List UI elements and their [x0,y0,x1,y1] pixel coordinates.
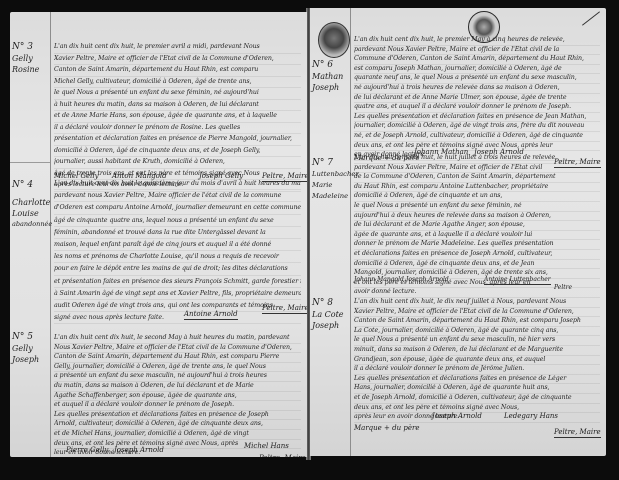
text-line: L'an dix huit cent dix huit, le dix neuf… [354,298,600,308]
text-line: à Saint Amarin âgé de vingt sept ans et … [54,288,301,300]
text-line: le quel Nous a présenté un enfant du sex… [354,336,600,346]
given-name: Rosine [12,64,50,75]
text-line: quatre ans, et auquel il a déclaré voulo… [354,103,600,113]
signature: Joseph Arnold [406,276,449,283]
text-line: domicilié à Oderen, âgé de cinquante deu… [54,146,301,158]
text-line: et de Michel Hans, journalier, domicilié… [54,430,301,440]
mayor-signature: Peltre, Maire [259,454,306,457]
text-line: Canton de Saint Amarin, département du H… [54,353,301,363]
entry-text: L'an dix huit cent dix huit, le dix neuf… [354,298,600,423]
text-line: domicilié à Oderen, âgé de cinquante et … [354,192,600,202]
text-line: est comparu Joseph Mathan, journalier, d… [354,65,600,75]
text-line: de lui déclarant et de Marie Agathe Ange… [354,221,600,231]
corner-mark [582,11,600,25]
text-line: Gelly, journalier, domicilié à Oderen, â… [54,363,301,373]
text-line: journalier, aussi habitant de Kruth, dom… [54,157,301,169]
signatures: Johann Mangold Joseph Arnold Antoine Lut… [354,276,598,290]
entry-number: N° 3 [12,42,50,53]
text-line: Xavier Peltre, Maire et officier de l'Et… [54,54,301,66]
text-line: et auquel il a déclaré vouloir donner le… [54,401,301,411]
text-line: Les quelles présentation et déclarations… [54,411,301,421]
text-line: Nous Xavier Peltre, Maire et officier de… [54,344,301,354]
text-line: Les quelles présentation et déclaration … [354,113,600,123]
entry-text: L'an dix huit cent dix huit le quinzième… [54,178,301,324]
right-page: N° 6 Mathan Joseph L'an dix huit cent di… [310,8,606,456]
text-line: d'Oderen est comparu Antoine Arnold, jou… [54,202,301,214]
given-name: Charlotte [12,197,50,208]
text-line: donner le prénom de Marie Madeleine. Les… [354,240,600,250]
signature: Ledegary Hans [504,412,558,420]
signature: Johann Mangold [354,276,404,283]
left-page: N° 3 Gelly Rosine L'an dix huit cent dix… [10,12,307,457]
signature: Antoine Luttenbacher [484,276,551,285]
text-line: le quel Nous a présenté un enfant du sex… [54,88,301,100]
mayor-signature: Peltre [554,284,572,291]
text-line: aujourd'hui à deux heures de relevée dan… [354,212,600,222]
text-line: les noms et prénoms de Charlotte Louise,… [54,251,301,263]
text-line: et présentation faites en présence des s… [54,276,301,288]
text-line: Les quelles présentation et déclarations… [354,375,600,385]
surname: Gelly [12,343,50,354]
entry-number: N° 4 [12,180,50,191]
text-line: et de Joseph Arnold, domicilié à Oderen,… [354,394,600,404]
text-line: domicilié à Oderen, âgé de cinquante deu… [354,260,600,270]
text-line: du Haut Rhin, est comparu Antoine Lutten… [354,183,600,193]
text-line: âgée de quarante ans, et à laquelle il a… [354,231,600,241]
text-line: L'an dix huit cent dix huit, le premier … [54,42,301,54]
margin-rule [50,12,51,457]
signatures: Marque + du père Joseph Arnold Ledegary … [354,412,598,436]
given-name-2: Madeleine [312,191,350,202]
entry-number: N° 8 [312,298,350,309]
signature: Michel Hans [244,442,289,450]
text-line: pardevant Nous Xavier Peltre, Maire et o… [354,164,600,174]
surname: Luttenbacher [312,169,350,180]
surname: Gelly [12,53,50,64]
surname: Mathan [312,71,350,82]
text-line: Canton de Saint Amarin, département du H… [54,65,301,77]
entry-number: N° 6 [312,60,350,71]
text-line: et déclarations faites en présence de Jo… [354,250,600,260]
entry-number: N° 5 [12,332,50,343]
text-line: Arnold, cultivateur, domicilié à Oderen,… [54,420,301,430]
text-line: de la Commune d'Oderen, Canton de Saint … [354,173,600,183]
given-name: Joseph [312,82,350,93]
text-line: à huit heures du matin, dans sa maison à… [54,100,301,112]
text-line: quarante neuf ans, le quel Nous a présen… [354,74,600,84]
document-scan: N° 3 Gelly Rosine L'an dix huit cent dix… [0,0,619,480]
text-line: pardevant Nous Xavier Peltre, Maire et o… [354,46,600,56]
margin-annotation: N° 7 Luttenbacher Marie Madeleine [312,158,350,202]
text-line: pardevant nous Xavier Peltre, Maire offi… [54,190,301,202]
text-line: il a déclaré vouloir donner le prénom de… [354,365,600,375]
status-note: abandonnée [12,219,50,230]
margin-annotation: N° 5 Gelly Joseph [12,332,50,365]
text-line: L'an dix huit cent dix huit, le huit jui… [354,154,600,164]
text-line: maison, lequel enfant paraît âgé de cinq… [54,239,301,251]
text-line: né aujourd'hui à trois heures de relevée… [354,84,600,94]
text-line: Canton de Saint Amarin, département du H… [354,317,600,327]
text-line: il a déclaré vouloir donner le prénom de… [54,123,301,135]
text-line: de lui déclarant et de Anne Marie Ulmer,… [354,94,600,104]
text-line: présentation et déclaration faites en pr… [54,134,301,146]
margin-annotation: N° 4 Charlotte Louise abandonnée [12,180,50,230]
text-line: a présenté un enfant du sexe masculin, n… [54,372,301,382]
figure-vignette-icon [318,22,350,58]
signatures: Antoine Arnold Peltre, Maire [54,310,299,324]
entry-divider [10,162,50,163]
text-line: minuit, dans sa maison à Oderen, de lui … [354,346,600,356]
entry-number: N° 7 [312,158,350,169]
signature: Antoine Arnold [184,310,238,320]
text-line: Hans, journalier, domicilié à Oderen, âg… [354,384,600,394]
mayor-signature: Peltre, Maire [554,428,601,438]
text-line: Michel Gelly, cultivateur, domicilié à O… [54,77,301,89]
text-line: féminin, abandonné et trouvé dans la rue… [54,227,301,239]
text-line: Commune d'Oderen, Canton de Saint Amarin… [354,55,600,65]
entry-text: L'an dix huit cent dix huit, le premier … [354,36,600,161]
text-line: le quel Nous a présenté un enfant du sex… [354,202,600,212]
given-name-2: Louise [12,208,50,219]
text-line: âgé de cinquante quatre ans, lequel nous… [54,215,301,227]
given-name: Joseph [12,354,50,365]
signatures: Pierre Gelly Joseph Arnold Michel Hans P… [54,446,299,457]
signature: Pierre Gelly [66,446,108,454]
entry-text: L'an dix huit cent dix huit, le premier … [54,42,301,192]
entry-text: L'an dix huit cent dix huit, le second M… [54,334,301,457]
given-name: Marie [312,180,350,191]
margin-annotation: N° 8 La Cote Joseph [312,298,350,331]
margin-rule [350,8,351,456]
text-line: journalier, domicilié à Oderen, âgé de v… [354,122,600,132]
text-line: L'an dix huit cent dix huit le quinzième… [54,178,301,190]
margin-annotation: N° 6 Mathan Joseph [312,60,350,93]
text-line: Grandjean, son épouse, âgée de quarante … [354,356,600,366]
text-line: L'an dix huit cent dix huit, le premier … [354,36,600,46]
mayor-signature: Peltre, Maire [262,304,307,314]
text-line: du matin, dans sa maison à Oderen, de lu… [54,382,301,392]
text-line: né, et de Joseph Arnold, cultivateur, do… [354,132,600,142]
given-name: Joseph [312,320,350,331]
text-line: pour en faire le dépôt entre les mains d… [54,263,301,275]
signature: Joseph Arnold [432,412,482,420]
text-line: Xavier Peltre, Maire et officier de l'Et… [354,308,600,318]
surname: La Cote [312,309,350,320]
text-line: et de Anne Marie Hans, son épouse, âgée … [54,111,301,123]
text-line: L'an dix huit cent dix huit, le second M… [54,334,301,344]
signature-mark: Marque + du père [354,424,419,432]
signature: Joseph Arnold [114,446,164,454]
margin-annotation: N° 3 Gelly Rosine [12,42,50,75]
text-line: La Cote, journalier, domicilié à Oderen,… [354,327,600,337]
text-line: Agathe Schaffenberger, son épouse, âgée … [54,392,301,402]
